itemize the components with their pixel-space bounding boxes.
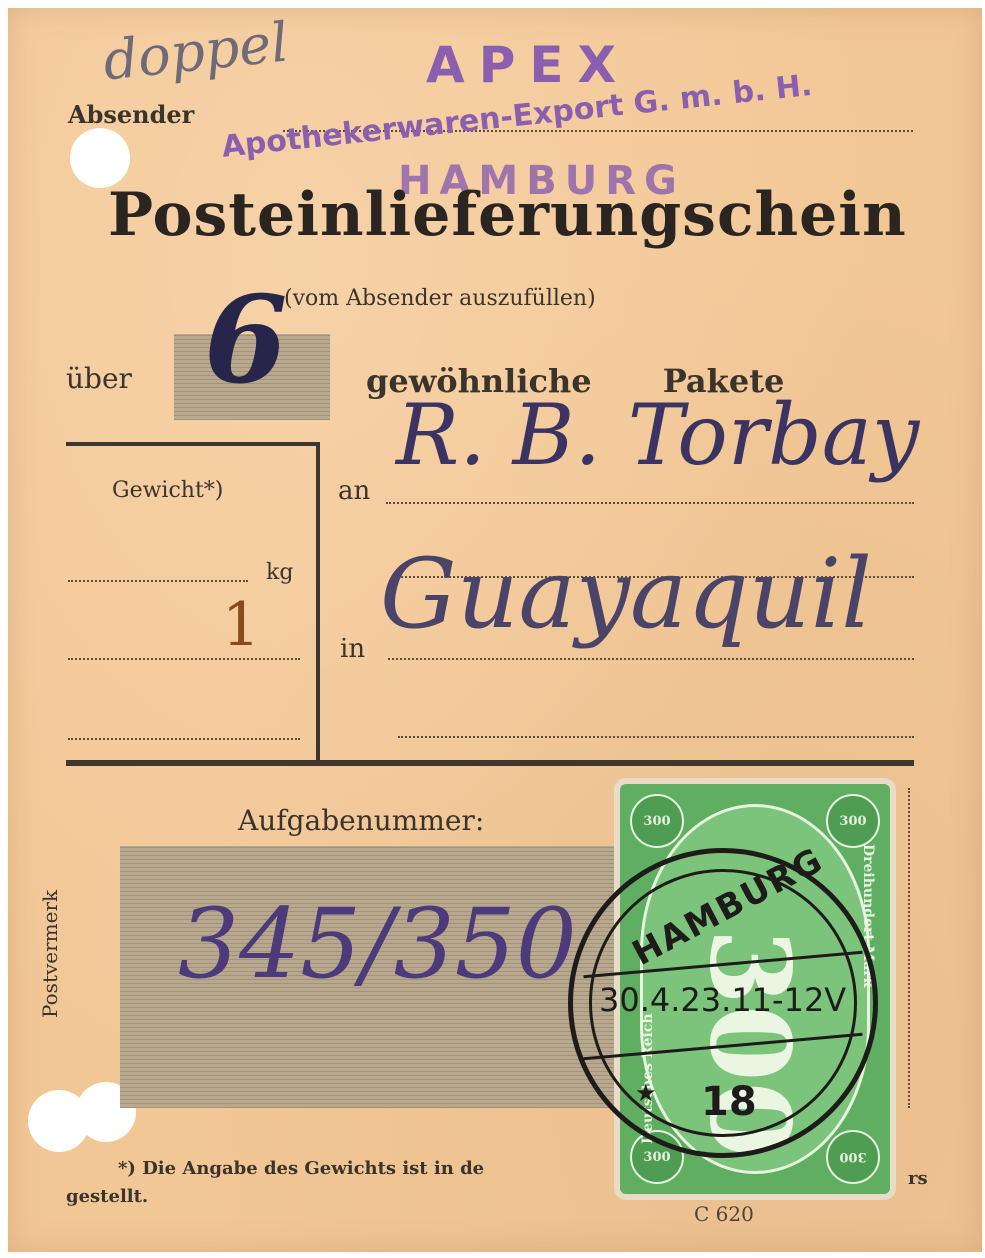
section-rule [66, 760, 914, 766]
stamp-corner-value: 300 [630, 794, 684, 848]
weight-unit: kg [266, 560, 293, 585]
footnote-line-1: *) Die Angabe des Gewichts ist in de [118, 1158, 484, 1179]
right-dotted-border [908, 788, 910, 1108]
recipient-name: R. B. Torbay [396, 386, 919, 484]
weight-line-1 [68, 580, 248, 582]
stamp-corner-value: 300 [826, 794, 880, 848]
postal-remark-label: Postvermerk [38, 890, 62, 1018]
postmark-date: 30.4.23.11-12V [599, 981, 846, 1019]
postmark-star: ★ [635, 1079, 657, 1107]
sender-stamp-name: APEX [426, 36, 630, 94]
destination-line [388, 658, 914, 660]
form-subtitle: (vom Absender auszufüllen) [284, 286, 596, 311]
sender-label: Absender [68, 100, 194, 129]
quantity-prefix: über [66, 362, 132, 395]
quantity-value: 6 [204, 270, 288, 411]
footnote-line-2: gestellt. [66, 1186, 148, 1207]
weight-label: Gewicht*) [112, 478, 223, 503]
weight-box-divider [316, 442, 320, 762]
stamp-corner-value: 300 [826, 1130, 880, 1184]
recipient-line [386, 502, 914, 504]
footnote-line-1-end: rs [908, 1168, 928, 1189]
form-code: C 620 [694, 1202, 754, 1226]
receipt-number-value: 345/350 [178, 888, 577, 1000]
weight-line-2 [68, 658, 300, 660]
weight-box-top [66, 442, 320, 446]
weight-line-3 [68, 738, 300, 740]
destination-city: Guayaquil [380, 538, 872, 650]
postmark: HAMBURG 30.4.23.11-12V ★ 18 [568, 848, 878, 1158]
receipt-number-label: Aufgabenummer: [238, 804, 484, 837]
recipient-label: an [338, 476, 370, 506]
form-title: Posteinlieferungschein [108, 180, 907, 250]
postmark-office-number: 18 [701, 1079, 757, 1125]
destination-label: in [340, 634, 365, 664]
weight-value: 1 [222, 590, 260, 660]
address-line-2 [398, 736, 914, 738]
handwritten-note: doppel [100, 10, 291, 92]
punch-hole-top [70, 128, 130, 188]
postal-receipt-form: doppel Absender APEX Apothekerwaren-Expo… [8, 8, 982, 1252]
